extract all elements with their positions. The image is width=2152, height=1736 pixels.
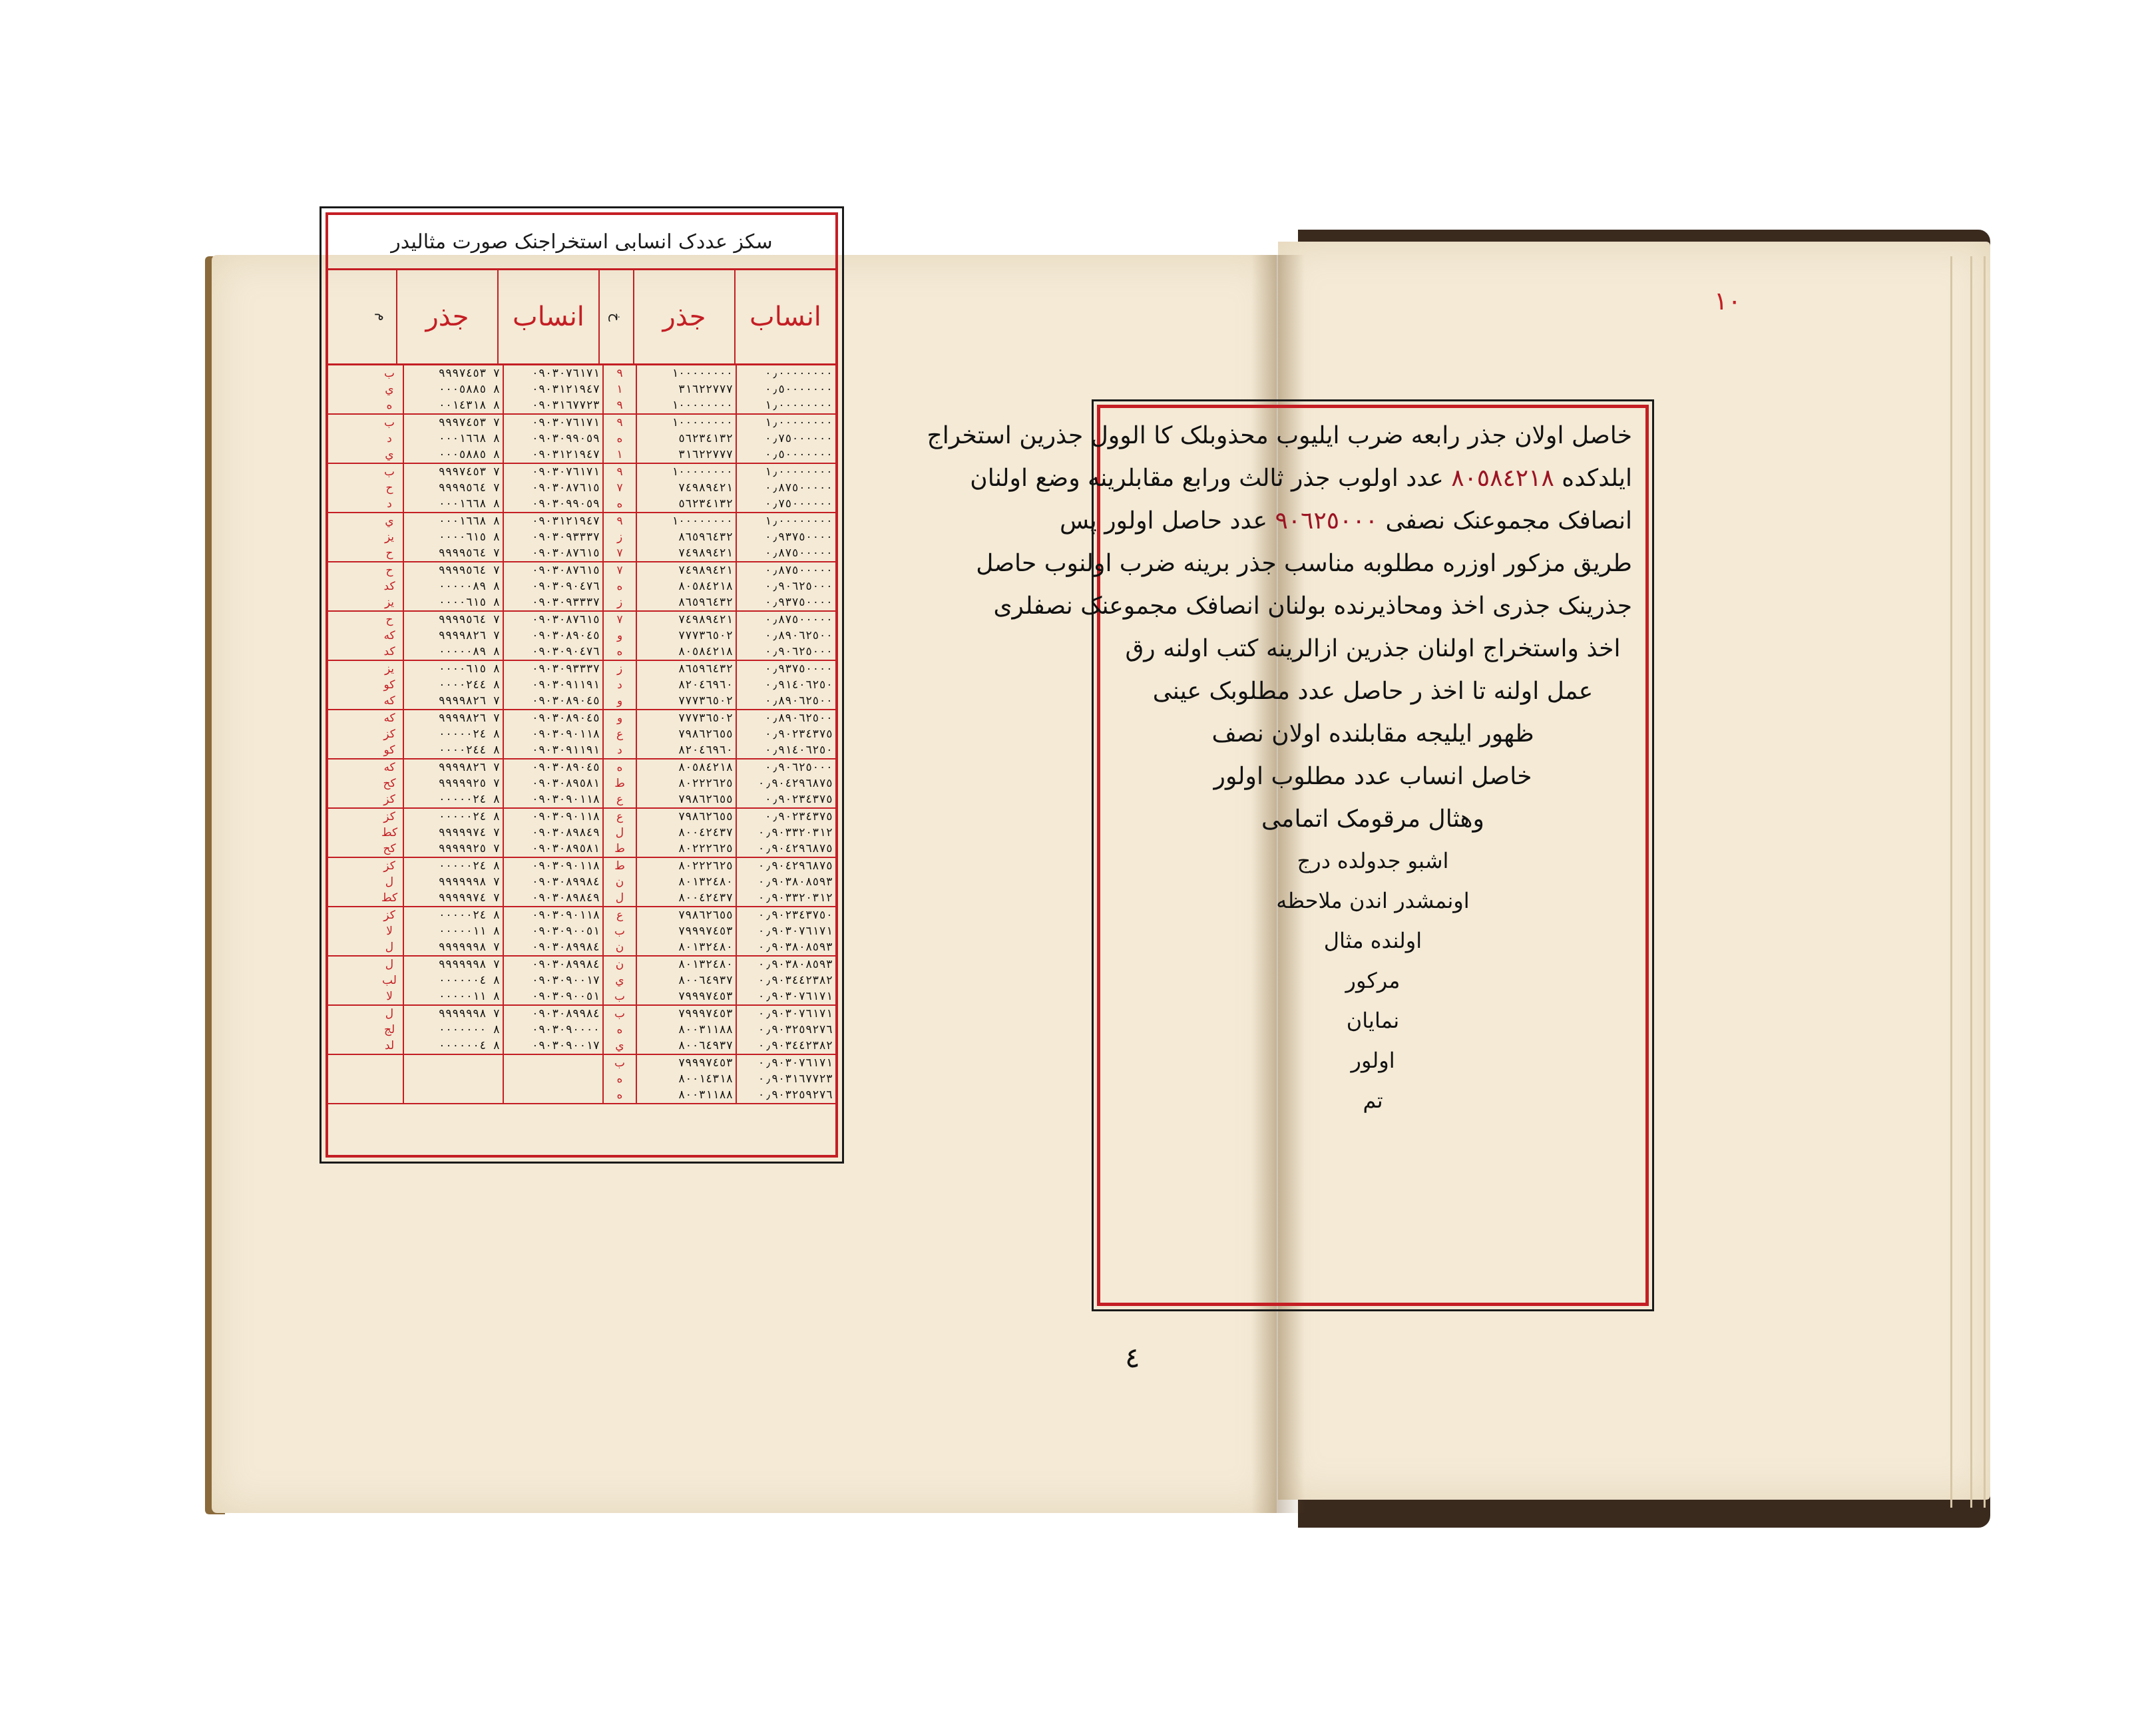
table-cell: ٠٩٠٣٠٨٧٦١٥ xyxy=(503,480,602,496)
table-cell: ٠٫٩٠٣٤٤٢٣٨٢ xyxy=(736,973,835,988)
table-cell: ٨٠٢٢٢٦٢٥ xyxy=(636,841,736,857)
table-cell: ي xyxy=(602,1038,636,1054)
table-cell: ٧ ٩٩٩٩٨٢٦ xyxy=(403,628,503,644)
table-cell: ٩ xyxy=(602,513,636,529)
table-cell: ١٠٠٠٠٠٠٠٠ xyxy=(636,397,736,413)
table-row: ٠٫٧٥٠٠٠٠٠٠٥٦٢٣٤١٣٢ه٠٩٠٣٠٩٩٠٥٩٨ ٠٠٠١٦٦٨د xyxy=(328,496,835,512)
header-marker-1: خ xyxy=(598,270,633,363)
text-line: وهثال مرقومک اتمامی xyxy=(1114,798,1632,841)
table-row: ٠٫٩٠٣٠٧٦١٧١٧٩٩٩٧٤٥٣ب xyxy=(328,1055,835,1071)
table-cell: ط xyxy=(602,841,636,857)
table-row: ٠٫٩٠٢٣٤٣٧٥٧٩٨٦٢٦٥٥ع٠٩٠٣٠٩٠١١٨٨ ٠٠٠٠٠٢٤كز xyxy=(328,726,835,742)
table-cell: د xyxy=(376,496,403,512)
table-row: ١٫٠٠٠٠٠٠٠٠١٠٠٠٠٠٠٠٠٩٠٩٠٣١٢١٩٤٧٨ ٠٠٠١٦٦٨ي xyxy=(328,513,835,529)
table-cell: ٠٩٠٣١٢١٩٤٧ xyxy=(503,447,602,463)
table-row: ٠٫٨٩٠٦٢٥٠٠٧٧٧٣٦٥٠٢و٠٩٠٣٠٨٩٠٤٥٧ ٩٩٩٩٨٢٦كه xyxy=(328,628,835,644)
table-cell: ٨٠٠٤٢٤٣٧ xyxy=(636,825,736,841)
table-row: ٠٫٩٠٣٤٤٢٣٨٢٨٠٠٦٤٩٣٧ي٠٩٠٣٠٩٠٠١٧٨ ٠٠٠٠٠٠٤ل… xyxy=(328,1038,835,1054)
table-cell: ٨٦٥٩٦٤٣٢ xyxy=(636,529,736,545)
table-cell: ٧ ٩٩٩٧٤٥٣ xyxy=(403,365,503,381)
table-cell: ٧ xyxy=(602,562,636,578)
table-cell: كد xyxy=(376,644,403,660)
table-row: ٠٫٩١٤٠٦٢٥٠٨٢٠٤٦٩٦٠د٠٩٠٣٠٩١١٩١٨ ٠٠٠٠٢٤٤كو xyxy=(328,742,835,758)
table-cell: ٠٫٩٠٣٠٧٦١٧١ xyxy=(736,1055,835,1071)
table-cell: ٨ ٠٠٠٠٠١١ xyxy=(403,988,503,1004)
table-row: ٠٫٨٩٠٦٢٥٠٠٧٧٧٣٦٥٠٢و٠٩٠٣٠٨٩٠٤٥٧ ٩٩٩٩٨٢٦كه xyxy=(328,710,835,726)
table-cell: ٠٩٠٣١٦٧٧٢٣ xyxy=(503,397,602,413)
table-cell: ٨ ٠٠٠٠٠٠٤ xyxy=(403,1038,503,1054)
table-cell: ٠٫٥٠٠٠٠٠٠٠ xyxy=(736,447,835,463)
row-group: ٠٫٩٠٢٣٤٣٧٥٠٧٩٨٦٢٦٥٥ع٠٩٠٣٠٩٠١١٨٨ ٠٠٠٠٠٢٤ك… xyxy=(328,907,835,957)
table-cell: لد xyxy=(376,1038,403,1054)
table-cell: ٠٫٨٧٥٠٠٠٠٠ xyxy=(736,480,835,496)
table-cell: ٠٫٩٠٣٤٤٢٣٨٢ xyxy=(736,1038,835,1054)
table-cell: ٧ ٩٩٩٩٨٢٦ xyxy=(403,710,503,726)
table-cell: ٠٫٩٠٤٢٩٦٨٧٥ xyxy=(736,858,835,874)
table-cell: ي xyxy=(376,381,403,397)
table-cell: ه xyxy=(602,1022,636,1038)
table-cell: ٨٠١٣٢٤٨٠ xyxy=(636,939,736,955)
row-group: ١٫٠٠٠٠٠٠٠٠١٠٠٠٠٠٠٠٠٩٠٩٠٣٠٧٦١٧١٧ ٩٩٩٧٤٥٣ب… xyxy=(328,415,835,464)
table-cell: ع xyxy=(602,907,636,923)
table-cell: ن xyxy=(602,874,636,890)
table-row: ٠٫٩٠٣٢٥٩٢٧٦٨٠٠٣١١٨٨ه xyxy=(328,1087,835,1103)
table-cell: ٨٠٥٨٤٢١٨ xyxy=(636,578,736,594)
row-group: ١٫٠٠٠٠٠٠٠٠١٠٠٠٠٠٠٠٠٩٠٩٠٣٠٧٦١٧١٧ ٩٩٩٧٤٥٣ب… xyxy=(328,464,835,513)
table-cell: ط xyxy=(602,775,636,791)
table-row: ٠٫٥٠٠٠٠٠٠٠٣١٦٢٢٧٧٧١٠٩٠٣١٢١٩٤٧٨ ٠٠٠٥٨٨٥ي xyxy=(328,447,835,463)
table-cell: ٧ xyxy=(602,612,636,628)
text-line: عمل اولنه تا اخذ ر حاصل عدد مطلوبک عینی xyxy=(1114,670,1632,713)
table-row: ٠٫٠٠٠٠٠٠٠٠١٠٠٠٠٠٠٠٠٩٠٩٠٣٠٧٦١٧١٧ ٩٩٩٧٤٥٣ب xyxy=(328,365,835,381)
table-cell: ل xyxy=(376,874,403,890)
table-cell: ب xyxy=(376,415,403,431)
table-cell: ع xyxy=(602,791,636,807)
text-line: انصافک مجموعنک نصفی ٩٠٦٢٥٠٠٠ عدد حاصل او… xyxy=(1114,500,1632,542)
table-cell: ٨ ٠٠٠٠٢٤٤ xyxy=(403,677,503,693)
leaf-edge xyxy=(1950,256,1952,1508)
table-cell: ٠٫٩٠٢٣٤٣٧٥ xyxy=(736,809,835,825)
table-cell: ٠٩٠٣٠٨٩٨٤٩ xyxy=(503,825,602,841)
table-cell: ٨ ٠٠٠٠٢٤٤ xyxy=(403,742,503,758)
table-cell: ه xyxy=(602,1071,636,1087)
red-number: ٩٠٦٢٥٠٠٠ xyxy=(1275,507,1378,535)
table-cell: ل xyxy=(376,957,403,973)
table-cell: ٠٩٠٣٠٨٩٠٤٥ xyxy=(503,710,602,726)
table-cell: ٠٫٩٠٣٨٠٨٥٩٣ xyxy=(736,957,835,973)
table-cell: ٠٫٩٠٣٣٢٠٣١٢ xyxy=(736,890,835,906)
table-row: ٠٫٩٠٣٨٠٨٥٩٣٨٠١٣٢٤٨٠ن٠٩٠٣٠٨٩٩٨٤٧ ٩٩٩٩٩٩٨ل xyxy=(328,939,835,955)
text-line: طریق مزکور اوزره مطلوبه مناسب جذر برینه … xyxy=(1114,542,1632,585)
table-cell: ٨ ٠٠٠١٦٦٨ xyxy=(403,496,503,512)
table-cell: ب xyxy=(602,1006,636,1022)
table-cell: ٧٩٨٦٢٦٥٥ xyxy=(636,726,736,742)
table-inner-border: سکز عددک انسابی استخراجنک صورت مثالیدر ا… xyxy=(325,212,838,1158)
closing-mark: تم xyxy=(1114,1080,1632,1120)
table-cell: ٨ ٠٠٠٠٠٠٠ xyxy=(403,1022,503,1038)
table-cell xyxy=(503,1071,602,1087)
table-cell: لا xyxy=(376,988,403,1004)
header-ansab-1: انساب xyxy=(734,270,835,363)
table-cell: ٠٩٠٣١٢١٩٤٧ xyxy=(503,513,602,529)
table-cell: ٧٩٩٩٧٤٥٣ xyxy=(636,1055,736,1071)
table-cell: ب xyxy=(376,365,403,381)
table-row: ٠٫٩٠٦٢٥٠٠٠٨٠٥٨٤٢١٨ه٠٩٠٣٠٨٩٠٤٥٧ ٩٩٩٩٨٢٦كه xyxy=(328,759,835,775)
table-cell: ١٫٠٠٠٠٠٠٠٠ xyxy=(736,397,835,413)
table-cell: لج xyxy=(376,1022,403,1038)
table-cell: ٠٫٨٩٠٦٢٥٠٠ xyxy=(736,693,835,709)
table-cell: ٨٠٠٤٢٤٣٧ xyxy=(636,890,736,906)
table-cell: ٣١٦٢٢٧٧٧ xyxy=(636,381,736,397)
table-cell: ٧٤٩٨٩٤٢١ xyxy=(636,612,736,628)
table-cell: ٨٠٥٨٤٢١٨ xyxy=(636,644,736,660)
table-cell: ٠٩٠٣٠٩٠٤٧٦ xyxy=(503,644,602,660)
table-cell: ١٠٠٠٠٠٠٠٠ xyxy=(636,415,736,431)
table-cell: ٧٧٧٣٦٥٠٢ xyxy=(636,710,736,726)
table-cell: ٩ xyxy=(602,365,636,381)
row-group: ٠٫٨٧٥٠٠٠٠٠٧٤٩٨٩٤٢١٧٠٩٠٣٠٨٧٦١٥٧ ٩٩٩٩٥٦٤ح٠… xyxy=(328,612,835,661)
table-header: انساب جذر خ انساب جذر م xyxy=(328,270,835,365)
table-cell: ٨٠١٣٢٤٨٠ xyxy=(636,874,736,890)
table-row: ٠٫٨٧٥٠٠٠٠٠٧٤٩٨٩٤٢١٧٠٩٠٣٠٨٧٦١٥٧ ٩٩٩٩٥٦٤ح xyxy=(328,562,835,578)
table-cell: ٨ ٠٠٠٠٠٨٩ xyxy=(403,578,503,594)
table-cell: ٠٫٩٣٧٥٠٠٠٠ xyxy=(736,529,835,545)
table-cell: ٠٩٠٣٠٩٠١١٨ xyxy=(503,907,602,923)
table-cell: كز xyxy=(376,726,403,742)
table-title: سکز عددک انسابی استخراجنک صورت مثالیدر xyxy=(328,215,835,270)
table-row: ٠٫٩٠٤٢٩٦٨٧٥٨٠٢٢٢٦٢٥ط٠٩٠٣٠٨٩٥٨١٧ ٩٩٩٩٩٢٥ك… xyxy=(328,775,835,791)
table-cell: ٠٩٠٣٠٩٣٣٣٧ xyxy=(503,594,602,610)
table-cell: ٠٩٠٣٠٩٠١١٨ xyxy=(503,791,602,807)
table-cell: ٣١٦٢٢٧٧٧ xyxy=(636,447,736,463)
table-cell: ه xyxy=(376,397,403,413)
text-line: ظهور ایلیجه مقابلنده اولان نصف xyxy=(1114,713,1632,756)
table-cell: ٠٫٩٠٣١٦٧٧٢٣ xyxy=(736,1071,835,1087)
table-cell xyxy=(376,1055,403,1071)
table-cell: ه xyxy=(602,759,636,775)
table-cell: كز xyxy=(376,907,403,923)
table-cell: كح xyxy=(376,841,403,857)
table-row: ٠٫٩٠٦٢٥٠٠٠٨٠٥٨٤٢١٨ه٠٩٠٣٠٩٠٤٧٦٨ ٠٠٠٠٠٨٩كد xyxy=(328,644,835,660)
table-cell: ن xyxy=(602,939,636,955)
table-row: ٠٫٩٠٣٠٧٦١٧١٧٩٩٩٧٤٥٣ب٠٩٠٣٠٩٠٠٥١٨ ٠٠٠٠٠١١ل… xyxy=(328,923,835,939)
table-cell: كز xyxy=(376,858,403,874)
table-row: ٠٫٩٠٣٢٥٩٢٧٦٨٠٠٣١١٨٨ه٠٩٠٣٠٩٠٠٠٠٨ ٠٠٠٠٠٠٠ل… xyxy=(328,1022,835,1038)
table-cell: ٠٫٩٠٢٣٤٣٧٥ xyxy=(736,726,835,742)
table-cell: ٠٫٩١٤٠٦٢٥٠ xyxy=(736,677,835,693)
table-cell: لا xyxy=(376,923,403,939)
table-cell: كه xyxy=(376,628,403,644)
table-cell: ٧٧٧٣٦٥٠٢ xyxy=(636,693,736,709)
text-block: خاصل اولان جذر رابعه ضرب ایلیوب محذوبلک … xyxy=(1097,405,1649,1306)
table-row: ٠٫٩٠٢٣٤٣٧٥٧٩٨٦٢٦٥٥ع٠٩٠٣٠٩٠١١٨٨ ٠٠٠٠٠٢٤كز xyxy=(328,791,835,807)
table-cell: ٨ ٠٠٠٥٨٨٥ xyxy=(403,381,503,397)
table-cell: ٨٠٢٢٢٦٢٥ xyxy=(636,858,736,874)
table-cell: كو xyxy=(376,677,403,693)
table-cell: ٩ xyxy=(602,464,636,480)
table-cell: ٠٫٩٠٤٢٩٦٨٧٥ xyxy=(736,775,835,791)
table-cell: ٠٫٩٠٣٠٧٦١٧١ xyxy=(736,923,835,939)
table-cell: ٨٢٠٤٦٩٦٠ xyxy=(636,677,736,693)
table-cell: كز xyxy=(376,809,403,825)
table-cell: د xyxy=(376,431,403,447)
table-cell: كه xyxy=(376,759,403,775)
table-cell: ٠٫٩٠٢٣٤٣٧٥ xyxy=(736,791,835,807)
table-cell: ٧ ٩٩٩٩٥٦٤ xyxy=(403,562,503,578)
table-cell xyxy=(376,1071,403,1087)
table-cell: ٠٩٠٣٠٩٠٠١٧ xyxy=(503,1038,602,1054)
table-cell: ٠٩٠٣٠٩٠٠٠٠ xyxy=(503,1022,602,1038)
table-cell: ٠٫٧٥٠٠٠٠٠٠ xyxy=(736,496,835,512)
table-cell xyxy=(503,1055,602,1071)
table-cell: ٩ xyxy=(602,397,636,413)
table-cell: ٧٤٩٨٩٤٢١ xyxy=(636,562,736,578)
table-cell: ح xyxy=(376,545,403,561)
table-cell: ه xyxy=(602,578,636,594)
table-row: ٠٫٩٠٢٣٤٣٧٥٧٩٨٦٢٦٥٥ع٠٩٠٣٠٩٠١١٨٨ ٠٠٠٠٠٢٤كز xyxy=(328,809,835,825)
table-cell: ١٫٠٠٠٠٠٠٠٠ xyxy=(736,415,835,431)
table-cell: كو xyxy=(376,742,403,758)
table-cell: ٨ ٠٠٠٠٦١٥ xyxy=(403,661,503,677)
table-cell: ٨ ٠٠٠٥٨٨٥ xyxy=(403,447,503,463)
row-group: ٠٫٩٠٤٢٩٦٨٧٥٨٠٢٢٢٦٢٥ط٠٩٠٣٠٩٠١١٨٨ ٠٠٠٠٠٢٤ك… xyxy=(328,858,835,907)
table-cell: ٠٩٠٣٠٨٩٠٤٥ xyxy=(503,628,602,644)
table-cell: ٠٩٠٣٠٩٩٠٥٩ xyxy=(503,431,602,447)
table-cell: ه xyxy=(602,1087,636,1103)
table-cell: كح xyxy=(376,775,403,791)
table-row: ٠٫٩٠٢٣٤٣٧٥٠٧٩٨٦٢٦٥٥ع٠٩٠٣٠٩٠١١٨٨ ٠٠٠٠٠٢٤ك… xyxy=(328,907,835,923)
table-cell: ع xyxy=(602,726,636,742)
table-cell: و xyxy=(602,628,636,644)
table-cell: لب xyxy=(376,973,403,988)
table-cell: كه xyxy=(376,693,403,709)
table-cell: ٠٫٩٠٦٢٥٠٠٠ xyxy=(736,578,835,594)
table-cell: ٠٫٩٣٧٥٠٠٠٠ xyxy=(736,594,835,610)
leaf-edge xyxy=(1984,256,1986,1508)
table-cell: ح xyxy=(376,480,403,496)
table-cell: ٧ ٩٩٩٩٩٩٨ xyxy=(403,874,503,890)
text-line: ایلدکده ٨٠٥٨٤٢١٨ عدد اولوب جذر ثالث وراب… xyxy=(1114,457,1632,500)
table-row: ٠٫٩٣٧٥٠٠٠٠٨٦٥٩٦٤٣٢ز٠٩٠٣٠٩٣٣٣٧٨ ٠٠٠٠٦١٥يز xyxy=(328,594,835,610)
table-cell: ٨ ٠٠٠٠٠٨٩ xyxy=(403,644,503,660)
header-jadhr-2: جذر xyxy=(396,270,497,363)
table-row: ١٫٠٠٠٠٠٠٠٠١٠٠٠٠٠٠٠٠٩٠٩٠٣٠٧٦١٧١٧ ٩٩٩٧٤٥٣ب xyxy=(328,415,835,431)
text-line: خاصل اولان جذر رابعه ضرب ایلیوب محذوبلک … xyxy=(1114,415,1632,457)
table-cell: ٧ ٩٩٩٧٤٥٣ xyxy=(403,464,503,480)
table-cell: ٠٫٠٠٠٠٠٠٠٠ xyxy=(736,365,835,381)
table-cell: ح xyxy=(376,562,403,578)
table-cell: ه xyxy=(602,644,636,660)
table-cell: ٠٫٩١٤٠٦٢٥٠ xyxy=(736,742,835,758)
table-cell: ل xyxy=(376,1006,403,1022)
table-cell: كز xyxy=(376,791,403,807)
table-cell: ٧٧٧٣٦٥٠٢ xyxy=(636,628,736,644)
table-cell: ل xyxy=(376,939,403,955)
table-cell: ٧٩٩٩٧٤٥٣ xyxy=(636,923,736,939)
table-cell: ٠٩٠٣٠٨٩٥٨١ xyxy=(503,841,602,857)
table-cell: ٧ ٩٩٩٩٩٩٨ xyxy=(403,1006,503,1022)
table-cell: يز xyxy=(376,594,403,610)
table-cell: ٧ ٩٩٩٩٨٢٦ xyxy=(403,693,503,709)
table-cell xyxy=(403,1071,503,1087)
table-cell: ي xyxy=(376,513,403,529)
table-cell: ٨٠٠٦٤٩٣٧ xyxy=(636,973,736,988)
header-ansab-2: انساب xyxy=(497,270,598,363)
table-row: ٠٫٩٠٣٤٤٢٣٨٢٨٠٠٦٤٩٣٧ي٠٩٠٣٠٩٠٠١٧٨ ٠٠٠٠٠٠٤ل… xyxy=(328,973,835,988)
table-cell: ١٠٠٠٠٠٠٠٠ xyxy=(636,513,736,529)
row-group: ٠٫٩٠٢٣٤٣٧٥٧٩٨٦٢٦٥٥ع٠٩٠٣٠٩٠١١٨٨ ٠٠٠٠٠٢٤كز… xyxy=(328,809,835,858)
table-cell: ١٫٠٠٠٠٠٠٠٠ xyxy=(736,464,835,480)
table-cell: ٧٩٩٩٧٤٥٣ xyxy=(636,988,736,1004)
table-row: ٠٫٩٠٣٨٠٨٥٩٣٨٠١٣٢٤٨٠ن٠٩٠٣٠٨٩٩٨٤٧ ٩٩٩٩٩٩٨ل xyxy=(328,957,835,973)
table-cell: ٧ xyxy=(602,480,636,496)
table-cell: ٠٩٠٣٠٩٣٣٣٧ xyxy=(503,661,602,677)
table-cell: ٠٩٠٣٠٨٧٦١٥ xyxy=(503,612,602,628)
table-row: ٠٫٩٣٧٥٠٠٠٠٨٦٥٩٦٤٣٢ز٠٩٠٣٠٩٣٣٣٧٨ ٠٠٠٠٦١٥يز xyxy=(328,661,835,677)
table-cell: ٠٫٩٠٦٢٥٠٠٠ xyxy=(736,644,835,660)
table-cell: ٠٫٩٠٦٢٥٠٠٠ xyxy=(736,759,835,775)
table-cell xyxy=(403,1087,503,1103)
table-cell: ٠٩٠٣٠٨٧٦١٥ xyxy=(503,562,602,578)
table-cell: ٨ ٠٠٠١٦٦٨ xyxy=(403,513,503,529)
table-cell: ٨ ٠٠٠٠٦١٥ xyxy=(403,594,503,610)
table-cell: ٧٤٩٨٩٤٢١ xyxy=(636,480,736,496)
table-cell: ٧ ٩٩٩٩٨٢٦ xyxy=(403,759,503,775)
table-body: ٠٫٠٠٠٠٠٠٠٠١٠٠٠٠٠٠٠٠٩٠٩٠٣٠٧٦١٧١٧ ٩٩٩٧٤٥٣ب… xyxy=(328,365,835,1155)
folio-number: ١٠ xyxy=(1714,286,1741,316)
table-cell xyxy=(376,1087,403,1103)
table-row: ٠٫٨٧٥٠٠٠٠٠٧٤٩٨٩٤٢١٧٠٩٠٣٠٨٧٦١٥٧ ٩٩٩٩٥٦٤ح xyxy=(328,612,835,628)
table-cell: ٠٩٠٣٠٨٧٦١٥ xyxy=(503,545,602,561)
table-cell: ٨٠٠٦٤٩٣٧ xyxy=(636,1038,736,1054)
table-cell: ٥٦٢٣٤١٣٢ xyxy=(636,431,736,447)
table-cell: ٠٫٥٠٠٠٠٠٠٠ xyxy=(736,381,835,397)
row-group: ١٫٠٠٠٠٠٠٠٠١٠٠٠٠٠٠٠٠٩٠٩٠٣١٢١٩٤٧٨ ٠٠٠١٦٦٨ي… xyxy=(328,513,835,562)
table-cell: ٠٫٩٠٢٣٤٣٧٥٠ xyxy=(736,907,835,923)
table-cell: ٨٠٠١٤٣١٨ xyxy=(636,1071,736,1087)
table-cell: ٠٫٨٩٠٦٢٥٠٠ xyxy=(736,628,835,644)
table-cell: ٠٩٠٣٠٩٣٣٣٧ xyxy=(503,529,602,545)
table-cell: ٧٤٩٨٩٤٢١ xyxy=(636,545,736,561)
table-cell: ٧ ٩٩٩٩٩٩٨ xyxy=(403,939,503,955)
table-cell: ٠٩٠٣٠٨٩٨٤٩ xyxy=(503,890,602,906)
table-cell: ٨ ٠٠٠٠٠٢٤ xyxy=(403,907,503,923)
table-row: ٠٫٩١٤٠٦٢٥٠٨٢٠٤٦٩٦٠د٠٩٠٣٠٩١١٩١٨ ٠٠٠٠٢٤٤كو xyxy=(328,677,835,693)
table-row: ٠٫٩٠٣٠٧٦١٧١٧٩٩٩٧٤٥٣ب٠٩٠٣٠٩٠٠٥١٨ ٠٠٠٠٠١١ل… xyxy=(328,988,835,1004)
table-cell: ٠٫٩٠٣٨٠٨٥٩٣ xyxy=(736,939,835,955)
table-row: ٠٫٩٠٦٢٥٠٠٠٨٠٥٨٤٢١٨ه٠٩٠٣٠٩٠٤٧٦٨ ٠٠٠٠٠٨٩كد xyxy=(328,578,835,594)
table-cell: ٧ ٩٩٩٩٩٢٥ xyxy=(403,841,503,857)
table-cell: ب xyxy=(602,923,636,939)
table-cell: ٨ ٠٠٠٠٠١١ xyxy=(403,923,503,939)
table-cell: ٠٩٠٣٠٩٩٠٥٩ xyxy=(503,496,602,512)
table-cell: ٠٫٩٠٣٣٢٠٣١٢ xyxy=(736,825,835,841)
table-cell: ٧ ٩٩٩٩٩٩٨ xyxy=(403,957,503,973)
table-cell: ١٠٠٠٠٠٠٠٠ xyxy=(636,464,736,480)
table-row: ٠٫٨٧٥٠٠٠٠٠٧٤٩٨٩٤٢١٧٠٩٠٣٠٨٧٦١٥٧ ٩٩٩٩٥٦٤ح xyxy=(328,545,835,561)
table-cell: ٠٫٨٧٥٠٠٠٠٠ xyxy=(736,562,835,578)
table-cell: ٨ ٠٠٠٠٠٠٤ xyxy=(403,973,503,988)
table-row: ٠٫٥٠٠٠٠٠٠٠٣١٦٢٢٧٧٧١٠٩٠٣١٢١٩٤٧٨ ٠٠٠٥٨٨٥ي xyxy=(328,381,835,397)
table-cell: د xyxy=(602,677,636,693)
table-row: ٠٫٩٠٤٢٩٦٨٧٥٨٠٢٢٢٦٢٥ط٠٩٠٣٠٨٩٥٨١٧ ٩٩٩٩٩٢٥ك… xyxy=(328,841,835,857)
table-cell: ٨٢٠٤٦٩٦٠ xyxy=(636,742,736,758)
table-cell: و xyxy=(602,710,636,726)
table-cell: ح xyxy=(376,612,403,628)
table-cell: ب xyxy=(602,1055,636,1071)
table-row: ٠٫٨٧٥٠٠٠٠٠٧٤٩٨٩٤٢١٧٠٩٠٣٠٨٧٦١٥٧ ٩٩٩٩٥٦٤ح xyxy=(328,480,835,496)
table-cell: ٧ ٩٩٩٩٥٦٤ xyxy=(403,480,503,496)
table-cell: ٠٩٠٣١٢١٩٤٧ xyxy=(503,381,602,397)
table-cell: ٥٦٢٣٤١٣٢ xyxy=(636,496,736,512)
table-cell: ٧٩٨٦٢٦٥٥ xyxy=(636,907,736,923)
table-cell: ٠٩٠٣٠٨٩٩٨٤ xyxy=(503,1006,602,1022)
table-cell: ٨٠٥٨٤٢١٨ xyxy=(636,759,736,775)
table-cell: ل xyxy=(602,825,636,841)
table-cell: ٧٩٩٩٧٤٥٣ xyxy=(636,1006,736,1022)
table-cell: ٧ ٩٩٩٩٩٢٥ xyxy=(403,775,503,791)
table-cell: ه xyxy=(602,496,636,512)
table-cell: ٠٩٠٣٠٧٦١٧١ xyxy=(503,415,602,431)
table-row: ٠٫٨٩٠٦٢٥٠٠٧٧٧٣٦٥٠٢و٠٩٠٣٠٨٩٠٤٥٧ ٩٩٩٩٨٢٦كه xyxy=(328,693,835,709)
row-group: ٠٫٨٧٥٠٠٠٠٠٧٤٩٨٩٤٢١٧٠٩٠٣٠٨٧٦١٥٧ ٩٩٩٩٥٦٤ح٠… xyxy=(328,562,835,612)
table-cell: ٧٩٨٦٢٦٥٥ xyxy=(636,791,736,807)
table-cell: ٠٫٩٠٣٨٠٨٥٩٣ xyxy=(736,874,835,890)
table-cell: ٨٠٢٢٢٦٢٥ xyxy=(636,775,736,791)
table-cell: ٠٩٠٣٠٨٩٩٨٤ xyxy=(503,939,602,955)
red-number: ٨٠٥٨٤٢١٨ xyxy=(1451,465,1554,492)
table-cell: ب xyxy=(376,464,403,480)
table-cell: ٠٩٠٣٠٩١١٩١ xyxy=(503,742,602,758)
table-cell: ٠٫٨٧٥٠٠٠٠٠ xyxy=(736,612,835,628)
table-cell: ٠٩٠٣٠٩٠٤٧٦ xyxy=(503,578,602,594)
table-frame: سکز عددک انسابی استخراجنک صورت مثالیدر ا… xyxy=(320,206,844,1164)
table-cell: يز xyxy=(376,661,403,677)
table-row: ٠٫٩٣٧٥٠٠٠٠٨٦٥٩٦٤٣٢ز٠٩٠٣٠٩٣٣٣٧٨ ٠٠٠٠٦١٥يز xyxy=(328,529,835,545)
table-cell: ٠٩٠٣٠٨٩٩٨٤ xyxy=(503,957,602,973)
table-cell: ز xyxy=(602,529,636,545)
catchword: ٤ xyxy=(1125,1341,1140,1374)
table-cell: د xyxy=(602,742,636,758)
table-cell: ٧ ٩٩٩٧٤٥٣ xyxy=(403,415,503,431)
table-cell: ٧ ٩٩٩٩٥٦٤ xyxy=(403,545,503,561)
table-cell: ٠٫٩٠٣٠٧٦١٧١ xyxy=(736,988,835,1004)
row-group: ٠٫٨٩٠٦٢٥٠٠٧٧٧٣٦٥٠٢و٠٩٠٣٠٨٩٠٤٥٧ ٩٩٩٩٨٢٦كه… xyxy=(328,710,835,759)
table-cell: ط xyxy=(602,858,636,874)
table-row: ٠٫٩٠٤٢٩٦٨٧٥٨٠٢٢٢٦٢٥ط٠٩٠٣٠٩٠١١٨٨ ٠٠٠٠٠٢٤ك… xyxy=(328,858,835,874)
table-cell: ٨٦٥٩٦٤٣٢ xyxy=(636,661,736,677)
table-cell: ٠٩٠٣٠٨٩٠٤٥ xyxy=(503,693,602,709)
table-cell: ٠٫٨٩٠٦٢٥٠٠ xyxy=(736,710,835,726)
table-cell: ٨ ٠٠٠٠٠٢٤ xyxy=(403,791,503,807)
table-row: ٠٫٩٠٣١٦٧٧٢٣٨٠٠١٤٣١٨ه xyxy=(328,1071,835,1087)
table-cell: ٠٩٠٣٠٧٦١٧١ xyxy=(503,365,602,381)
table-row: ٠٫٩٠٣٠٧٦١٧١٧٩٩٩٧٤٥٣ب٠٩٠٣٠٨٩٩٨٤٧ ٩٩٩٩٩٩٨ل xyxy=(328,1006,835,1022)
table-cell xyxy=(403,1055,503,1071)
table-cell: كط xyxy=(376,825,403,841)
table-cell: ٠٫٨٧٥٠٠٠٠٠ xyxy=(736,545,835,561)
table-cell: ٠٫٩٠٣٢٥٩٢٧٦ xyxy=(736,1022,835,1038)
row-group: ٠٫٩٠٣٠٧٦١٧١٧٩٩٩٧٤٥٣ب٠٩٠٣٠٨٩٩٨٤٧ ٩٩٩٩٩٩٨ل… xyxy=(328,1006,835,1055)
table-cell: كد xyxy=(376,578,403,594)
table-cell: ٧ ٩٩٩٩٥٦٤ xyxy=(403,612,503,628)
table-cell: ٨ ٠٠٠١٦٦٨ xyxy=(403,431,503,447)
table-cell: ع xyxy=(602,809,636,825)
row-group: ٠٫٩٠٦٢٥٠٠٠٨٠٥٨٤٢١٨ه٠٩٠٣٠٨٩٠٤٥٧ ٩٩٩٩٨٢٦كه… xyxy=(328,759,835,809)
table-cell: ٠٫٩٠٣٢٥٩٢٧٦ xyxy=(736,1087,835,1103)
table-cell: ٨٠١٣٢٤٨٠ xyxy=(636,957,736,973)
table-cell: ٠٩٠٣٠٨٩٩٨٤ xyxy=(503,874,602,890)
